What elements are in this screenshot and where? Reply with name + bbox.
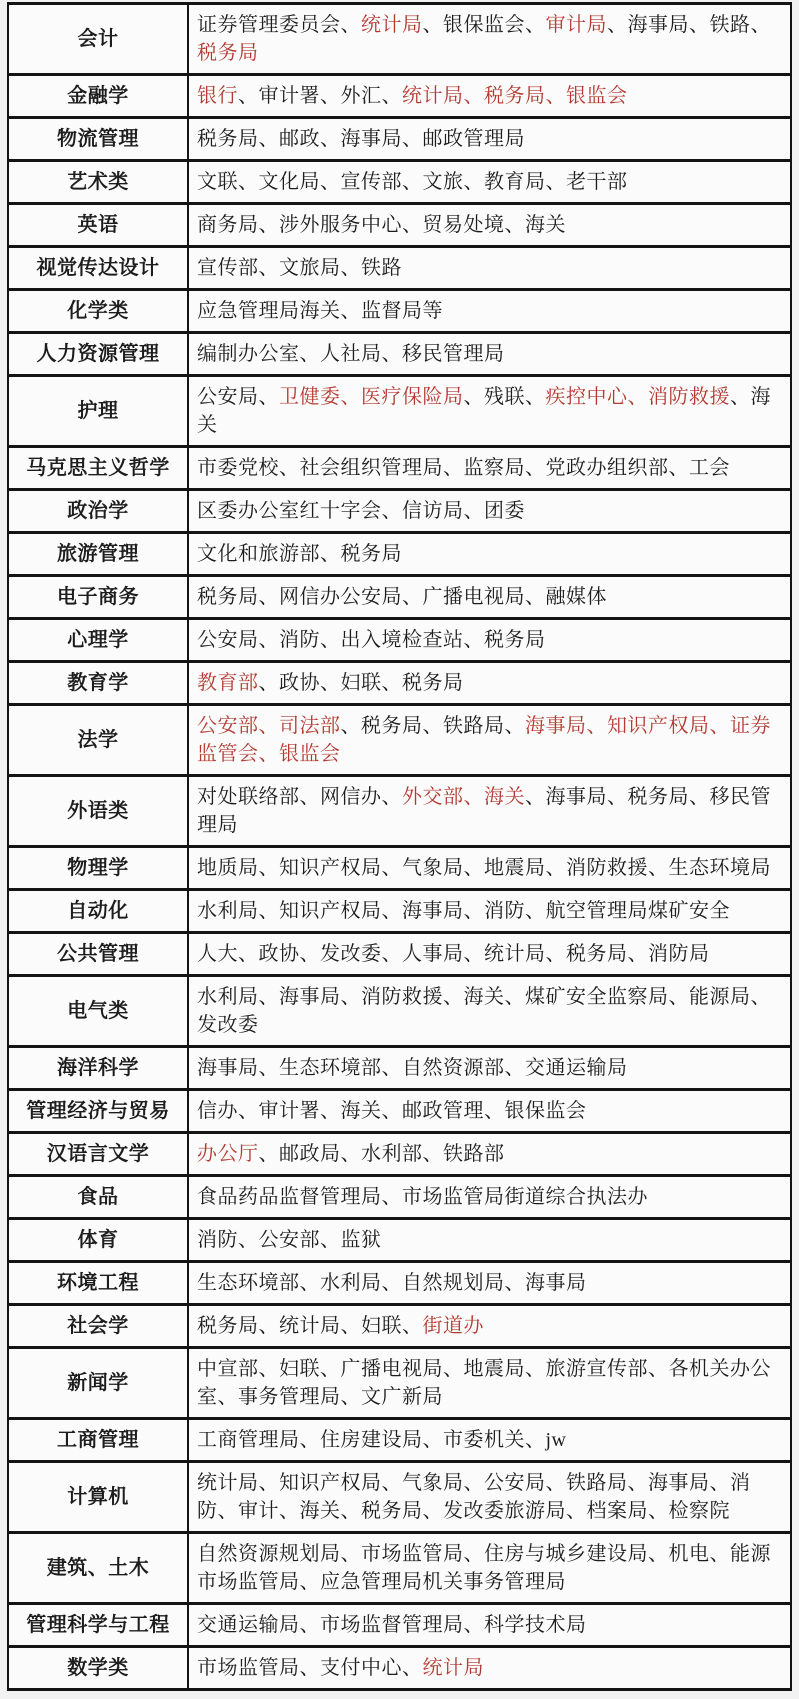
major-label: 建筑、土木 bbox=[47, 1557, 150, 1579]
agency-text-segment: 税务局 bbox=[197, 42, 259, 64]
table-row: 建筑、土木自然资源规划局、市场监管局、住房与城乡建设局、机电、能源市场监管局、应… bbox=[8, 1533, 791, 1604]
majors-agencies-table: 会计证券管理委员会、统计局、银保监会、审计局、海事局、铁路、税务局金融学银行、审… bbox=[7, 2, 792, 1691]
major-label: 管理科学与工程 bbox=[26, 1614, 170, 1636]
major-cell: 计算机 bbox=[8, 1462, 188, 1533]
agency-text-segment: 水利局、知识产权局、海事局、消防、航空管理局煤矿安全 bbox=[197, 900, 730, 922]
agencies-cell: 办公厅、邮政局、水利部、铁路部 bbox=[188, 1133, 791, 1176]
major-label: 心理学 bbox=[67, 629, 129, 651]
agencies-cell: 消防、公安部、监狱 bbox=[188, 1219, 791, 1262]
major-cell: 英语 bbox=[8, 204, 188, 247]
agencies-cell: 自然资源规划局、市场监管局、住房与城乡建设局、机电、能源市场监管局、应急管理局机… bbox=[188, 1533, 791, 1604]
major-label: 汉语言文学 bbox=[47, 1143, 150, 1165]
table-row: 公共管理人大、政协、发改委、人事局、统计局、税务局、消防局 bbox=[8, 933, 791, 976]
agencies-cell: 公安局、消防、出入境检查站、税务局 bbox=[188, 619, 791, 662]
agencies-cell: 人大、政协、发改委、人事局、统计局、税务局、消防局 bbox=[188, 933, 791, 976]
agency-text-segment: 外交部、海关 bbox=[402, 786, 525, 808]
table-row: 教育学教育部、政协、妇联、税务局 bbox=[8, 662, 791, 705]
agencies-cell: 宣传部、文旅局、铁路 bbox=[188, 247, 791, 290]
major-label: 艺术类 bbox=[67, 171, 129, 193]
table-row: 政治学区委办公室红十字会、信访局、团委 bbox=[8, 490, 791, 533]
major-cell: 新闻学 bbox=[8, 1348, 188, 1419]
major-label: 电气类 bbox=[67, 1000, 129, 1022]
agencies-cell: 税务局、网信办公安局、广播电视局、融媒体 bbox=[188, 576, 791, 619]
agencies-cell: 食品药品监督管理局、市场监管局街道综合执法办 bbox=[188, 1176, 791, 1219]
agencies-cell: 商务局、涉外服务中心、贸易处境、海关 bbox=[188, 204, 791, 247]
table-row: 海洋科学海事局、生态环境部、自然资源部、交通运输局 bbox=[8, 1047, 791, 1090]
table-row: 体育消防、公安部、监狱 bbox=[8, 1219, 791, 1262]
table-row: 人力资源管理编制办公室、人社局、移民管理局 bbox=[8, 333, 791, 376]
major-label: 电子商务 bbox=[57, 586, 139, 608]
agency-text-segment: 食品药品监督管理局、市场监管局街道综合执法办 bbox=[197, 1186, 648, 1208]
major-label: 管理经济与贸易 bbox=[26, 1100, 170, 1122]
agencies-cell: 水利局、知识产权局、海事局、消防、航空管理局煤矿安全 bbox=[188, 890, 791, 933]
major-label: 外语类 bbox=[67, 800, 129, 822]
agency-text-segment: 、银保监会、 bbox=[423, 14, 546, 36]
table-row: 管理科学与工程交通运输局、市场监督管理局、科学技术局 bbox=[8, 1604, 791, 1647]
major-label: 公共管理 bbox=[57, 943, 139, 965]
major-label: 马克思主义哲学 bbox=[26, 457, 170, 479]
agencies-cell: 公安局、卫健委、医疗保险局、残联、疾控中心、消防救援、海关 bbox=[188, 376, 791, 447]
agencies-cell: 海事局、生态环境部、自然资源部、交通运输局 bbox=[188, 1047, 791, 1090]
table-body: 会计证券管理委员会、统计局、银保监会、审计局、海事局、铁路、税务局金融学银行、审… bbox=[8, 4, 791, 1690]
table-row: 英语商务局、涉外服务中心、贸易处境、海关 bbox=[8, 204, 791, 247]
agency-text-segment: 对处联络部、网信办、 bbox=[197, 786, 402, 808]
major-cell: 食品 bbox=[8, 1176, 188, 1219]
major-label: 人力资源管理 bbox=[37, 343, 160, 365]
table-row: 汉语言文学办公厅、邮政局、水利部、铁路部 bbox=[8, 1133, 791, 1176]
major-cell: 法学 bbox=[8, 705, 188, 776]
major-cell: 社会学 bbox=[8, 1305, 188, 1348]
major-cell: 人力资源管理 bbox=[8, 333, 188, 376]
agency-text-segment: 海事局、生态环境部、自然资源部、交通运输局 bbox=[197, 1057, 628, 1079]
table-row: 金融学银行、审计署、外汇、统计局、税务局、银监会 bbox=[8, 75, 791, 118]
major-cell: 管理经济与贸易 bbox=[8, 1090, 188, 1133]
agency-text-segment: 市委党校、社会组织管理局、监察局、党政办组织部、工会 bbox=[197, 457, 730, 479]
agency-text-segment: 银行 bbox=[197, 85, 238, 107]
major-label: 政治学 bbox=[67, 500, 129, 522]
table-row: 工商管理工商管理局、住房建设局、市委机关、jw bbox=[8, 1419, 791, 1462]
agencies-cell: 文联、文化局、宣传部、文旅、教育局、老干部 bbox=[188, 161, 791, 204]
table-row: 外语类对处联络部、网信办、外交部、海关、海事局、税务局、移民管理局 bbox=[8, 776, 791, 847]
major-cell: 外语类 bbox=[8, 776, 188, 847]
major-label: 体育 bbox=[78, 1229, 119, 1251]
major-cell: 艺术类 bbox=[8, 161, 188, 204]
agency-text-segment: 公安局、消防、出入境检查站、税务局 bbox=[197, 629, 546, 651]
agency-text-segment: 、审计署、外汇、 bbox=[238, 85, 402, 107]
table-row: 电子商务税务局、网信办公安局、广播电视局、融媒体 bbox=[8, 576, 791, 619]
agencies-cell: 公安部、司法部、税务局、铁路局、海事局、知识产权局、证券监管会、银监会 bbox=[188, 705, 791, 776]
agency-text-segment: 中宣部、妇联、广播电视局、地震局、旅游宣传部、各机关办公室、事务管理局、文广新局 bbox=[197, 1358, 771, 1408]
agencies-cell: 应急管理局海关、监督局等 bbox=[188, 290, 791, 333]
major-cell: 建筑、土木 bbox=[8, 1533, 188, 1604]
major-cell: 海洋科学 bbox=[8, 1047, 188, 1090]
agencies-cell: 中宣部、妇联、广播电视局、地震局、旅游宣传部、各机关办公室、事务管理局、文广新局 bbox=[188, 1348, 791, 1419]
major-cell: 汉语言文学 bbox=[8, 1133, 188, 1176]
major-cell: 视觉传达设计 bbox=[8, 247, 188, 290]
table-row: 艺术类文联、文化局、宣传部、文旅、教育局、老干部 bbox=[8, 161, 791, 204]
table-row: 旅游管理文化和旅游部、税务局 bbox=[8, 533, 791, 576]
major-cell: 数学类 bbox=[8, 1647, 188, 1690]
table-row: 化学类应急管理局海关、监督局等 bbox=[8, 290, 791, 333]
agency-text-segment: 文联、文化局、宣传部、文旅、教育局、老干部 bbox=[197, 171, 628, 193]
agencies-cell: 信办、审计署、海关、邮政管理、银保监会 bbox=[188, 1090, 791, 1133]
table-row: 管理经济与贸易信办、审计署、海关、邮政管理、银保监会 bbox=[8, 1090, 791, 1133]
agency-text-segment: 税务局、网信办公安局、广播电视局、融媒体 bbox=[197, 586, 607, 608]
major-cell: 会计 bbox=[8, 4, 188, 75]
table-row: 物理学地质局、知识产权局、气象局、地震局、消防救援、生态环境局 bbox=[8, 847, 791, 890]
table-row: 数学类市场监管局、支付中心、统计局 bbox=[8, 1647, 791, 1690]
agencies-cell: 税务局、统计局、妇联、街道办 bbox=[188, 1305, 791, 1348]
table-row: 护理公安局、卫健委、医疗保险局、残联、疾控中心、消防救援、海关 bbox=[8, 376, 791, 447]
agencies-cell: 对处联络部、网信办、外交部、海关、海事局、税务局、移民管理局 bbox=[188, 776, 791, 847]
major-label: 物理学 bbox=[67, 857, 129, 879]
major-cell: 教育学 bbox=[8, 662, 188, 705]
agency-text-segment: 地质局、知识产权局、气象局、地震局、消防救援、生态环境局 bbox=[197, 857, 771, 879]
major-cell: 物理学 bbox=[8, 847, 188, 890]
agencies-cell: 银行、审计署、外汇、统计局、税务局、银监会 bbox=[188, 75, 791, 118]
agencies-cell: 市委党校、社会组织管理局、监察局、党政办组织部、工会 bbox=[188, 447, 791, 490]
agency-text-segment: 疾控中心、消防救援 bbox=[546, 386, 731, 408]
major-cell: 旅游管理 bbox=[8, 533, 188, 576]
major-cell: 体育 bbox=[8, 1219, 188, 1262]
agency-text-segment: 应急管理局海关、监督局等 bbox=[197, 300, 443, 322]
agency-text-segment: 水利局、海事局、消防救援、海关、煤矿安全监察局、能源局、发改委 bbox=[197, 986, 771, 1036]
major-label: 环境工程 bbox=[57, 1272, 139, 1294]
agency-text-segment: 生态环境部、水利局、自然规划局、海事局 bbox=[197, 1272, 587, 1294]
major-label: 护理 bbox=[78, 400, 119, 422]
agency-text-segment: 、残联、 bbox=[464, 386, 546, 408]
table-row: 物流管理税务局、邮政、海事局、邮政管理局 bbox=[8, 118, 791, 161]
major-label: 金融学 bbox=[67, 85, 129, 107]
agency-text-segment: 证券管理委员会、 bbox=[197, 14, 361, 36]
major-label: 视觉传达设计 bbox=[37, 257, 160, 279]
major-label: 新闻学 bbox=[67, 1372, 129, 1394]
major-label: 教育学 bbox=[67, 672, 129, 694]
agency-text-segment: 、政协、妇联、税务局 bbox=[259, 672, 464, 694]
agencies-cell: 证券管理委员会、统计局、银保监会、审计局、海事局、铁路、税务局 bbox=[188, 4, 791, 75]
major-label: 英语 bbox=[78, 214, 119, 236]
agency-text-segment: 交通运输局、市场监督管理局、科学技术局 bbox=[197, 1614, 587, 1636]
agencies-cell: 教育部、政协、妇联、税务局 bbox=[188, 662, 791, 705]
agency-text-segment: 信办、审计署、海关、邮政管理、银保监会 bbox=[197, 1100, 587, 1122]
table-row: 环境工程生态环境部、水利局、自然规划局、海事局 bbox=[8, 1262, 791, 1305]
agency-text-segment: 宣传部、文旅局、铁路 bbox=[197, 257, 402, 279]
table-row: 法学公安部、司法部、税务局、铁路局、海事局、知识产权局、证券监管会、银监会 bbox=[8, 705, 791, 776]
agencies-cell: 交通运输局、市场监督管理局、科学技术局 bbox=[188, 1604, 791, 1647]
agency-text-segment: 教育部 bbox=[197, 672, 259, 694]
major-cell: 公共管理 bbox=[8, 933, 188, 976]
table-row: 食品食品药品监督管理局、市场监管局街道综合执法办 bbox=[8, 1176, 791, 1219]
agencies-cell: 地质局、知识产权局、气象局、地震局、消防救援、生态环境局 bbox=[188, 847, 791, 890]
major-label: 社会学 bbox=[67, 1315, 129, 1337]
major-cell: 管理科学与工程 bbox=[8, 1604, 188, 1647]
major-label: 法学 bbox=[78, 729, 119, 751]
major-label: 计算机 bbox=[67, 1486, 129, 1508]
agency-text-segment: 公安局、 bbox=[197, 386, 279, 408]
agency-text-segment: 卫健委、医疗保险局 bbox=[279, 386, 464, 408]
major-cell: 化学类 bbox=[8, 290, 188, 333]
agency-text-segment: 统计局 bbox=[423, 1657, 485, 1679]
agency-text-segment: 消防、公安部、监狱 bbox=[197, 1229, 382, 1251]
agencies-cell: 区委办公室红十字会、信访局、团委 bbox=[188, 490, 791, 533]
agency-text-segment: 文化和旅游部、税务局 bbox=[197, 543, 402, 565]
majors-agencies-page: 会计证券管理委员会、统计局、银保监会、审计局、海事局、铁路、税务局金融学银行、审… bbox=[0, 0, 799, 1699]
major-label: 自动化 bbox=[67, 900, 129, 922]
agency-text-segment: 、税务局、铁路局、 bbox=[341, 715, 526, 737]
major-label: 食品 bbox=[78, 1186, 119, 1208]
agency-text-segment: 税务局、统计局、妇联、 bbox=[197, 1315, 423, 1337]
major-cell: 护理 bbox=[8, 376, 188, 447]
table-row: 心理学公安局、消防、出入境检查站、税务局 bbox=[8, 619, 791, 662]
agencies-cell: 工商管理局、住房建设局、市委机关、jw bbox=[188, 1419, 791, 1462]
table-row: 社会学税务局、统计局、妇联、街道办 bbox=[8, 1305, 791, 1348]
agency-text-segment: 街道办 bbox=[423, 1315, 485, 1337]
agencies-cell: 编制办公室、人社局、移民管理局 bbox=[188, 333, 791, 376]
major-cell: 马克思主义哲学 bbox=[8, 447, 188, 490]
agency-text-segment: 工商管理局、住房建设局、市委机关、jw bbox=[197, 1429, 567, 1451]
agency-text-segment: 统计局 bbox=[361, 14, 423, 36]
agency-text-segment: 审计局 bbox=[546, 14, 608, 36]
table-row: 新闻学中宣部、妇联、广播电视局、地震局、旅游宣传部、各机关办公室、事务管理局、文… bbox=[8, 1348, 791, 1419]
table-row: 电气类水利局、海事局、消防救援、海关、煤矿安全监察局、能源局、发改委 bbox=[8, 976, 791, 1047]
agency-text-segment: 人大、政协、发改委、人事局、统计局、税务局、消防局 bbox=[197, 943, 710, 965]
agencies-cell: 税务局、邮政、海事局、邮政管理局 bbox=[188, 118, 791, 161]
table-row: 自动化水利局、知识产权局、海事局、消防、航空管理局煤矿安全 bbox=[8, 890, 791, 933]
agency-text-segment: 区委办公室红十字会、信访局、团委 bbox=[197, 500, 525, 522]
agency-text-segment: 市场监管局、支付中心、 bbox=[197, 1657, 423, 1679]
agency-text-segment: 统计局、知识产权局、气象局、公安局、铁路局、海事局、消防、审计、海关、税务局、发… bbox=[197, 1472, 751, 1522]
agency-text-segment: 税务局、邮政、海事局、邮政管理局 bbox=[197, 128, 525, 150]
table-row: 视觉传达设计宣传部、文旅局、铁路 bbox=[8, 247, 791, 290]
agency-text-segment: 编制办公室、人社局、移民管理局 bbox=[197, 343, 505, 365]
agencies-cell: 生态环境部、水利局、自然规划局、海事局 bbox=[188, 1262, 791, 1305]
agency-text-segment: 自然资源规划局、市场监管局、住房与城乡建设局、机电、能源市场监管局、应急管理局机… bbox=[197, 1543, 771, 1593]
major-cell: 电子商务 bbox=[8, 576, 188, 619]
major-label: 化学类 bbox=[67, 300, 129, 322]
major-cell: 自动化 bbox=[8, 890, 188, 933]
major-cell: 政治学 bbox=[8, 490, 188, 533]
major-cell: 物流管理 bbox=[8, 118, 188, 161]
agency-text-segment: 、邮政局、水利部、铁路部 bbox=[259, 1143, 505, 1165]
agency-text-segment: 商务局、涉外服务中心、贸易处境、海关 bbox=[197, 214, 566, 236]
agency-text-segment: 统计局、税务局、银监会 bbox=[402, 85, 628, 107]
major-cell: 电气类 bbox=[8, 976, 188, 1047]
major-label: 工商管理 bbox=[57, 1429, 139, 1451]
major-cell: 金融学 bbox=[8, 75, 188, 118]
major-label: 物流管理 bbox=[57, 128, 139, 150]
major-label: 旅游管理 bbox=[57, 543, 139, 565]
agency-text-segment: 办公厅 bbox=[197, 1143, 259, 1165]
agencies-cell: 市场监管局、支付中心、统计局 bbox=[188, 1647, 791, 1690]
major-cell: 心理学 bbox=[8, 619, 188, 662]
major-cell: 工商管理 bbox=[8, 1419, 188, 1462]
agencies-cell: 水利局、海事局、消防救援、海关、煤矿安全监察局、能源局、发改委 bbox=[188, 976, 791, 1047]
table-row: 马克思主义哲学市委党校、社会组织管理局、监察局、党政办组织部、工会 bbox=[8, 447, 791, 490]
major-cell: 环境工程 bbox=[8, 1262, 188, 1305]
agency-text-segment: 公安部、司法部 bbox=[197, 715, 341, 737]
major-label: 会计 bbox=[78, 28, 119, 50]
agencies-cell: 统计局、知识产权局、气象局、公安局、铁路局、海事局、消防、审计、海关、税务局、发… bbox=[188, 1462, 791, 1533]
agencies-cell: 文化和旅游部、税务局 bbox=[188, 533, 791, 576]
major-label: 海洋科学 bbox=[57, 1057, 139, 1079]
major-label: 数学类 bbox=[67, 1657, 129, 1679]
agency-text-segment: 、海事局、铁路、 bbox=[607, 14, 771, 36]
table-row: 计算机统计局、知识产权局、气象局、公安局、铁路局、海事局、消防、审计、海关、税务… bbox=[8, 1462, 791, 1533]
table-row: 会计证券管理委员会、统计局、银保监会、审计局、海事局、铁路、税务局 bbox=[8, 4, 791, 75]
